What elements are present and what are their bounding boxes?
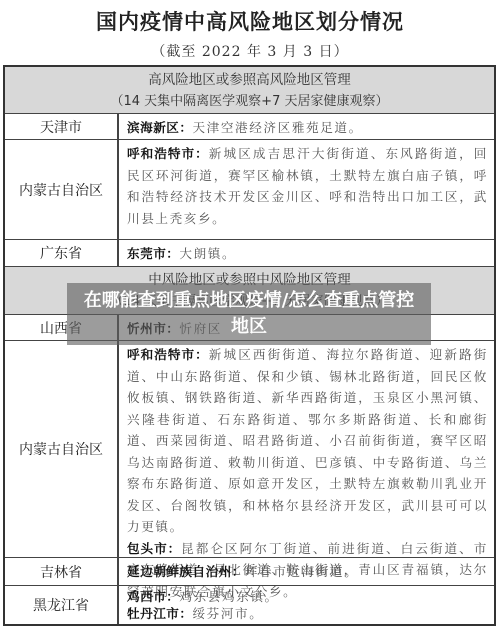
area-entry: 延边朝鲜族自治州：珲春市近海街道。: [127, 561, 488, 583]
province-cell: 黑龙江省: [5, 586, 119, 624]
areas-cell: 延边朝鲜族自治州：珲春市近海街道。: [121, 558, 494, 585]
area-entry: 呼和浩特市：新城区成吉思汗大街街道、东风路街道，回民区环河街道，赛罕区榆林镇，土…: [127, 143, 488, 229]
areas-cell: 滨海新区：天津空港经济区雅苑足道。: [121, 114, 494, 139]
area-entry: 呼和浩特市：新城区西街街道、海拉尔路街道、迎新路街道、中山东路街道、保和少镇、锡…: [127, 344, 488, 538]
table-row: 黑龙江省 鸡西市：鸡东县鸡东镇。 牡丹江市：绥芬河市。: [5, 586, 494, 624]
province-cell: 天津市: [5, 114, 119, 139]
area-list: 大朗镇。: [179, 246, 236, 261]
areas-cell: 呼和浩特市：新城区成吉思汗大街街道、东风路街道，回民区环河街道，赛罕区榆林镇，土…: [121, 140, 494, 239]
caption-overlay: 在哪能查到重点地区疫情/怎么查重点管控地区: [67, 283, 431, 345]
area-list: 绥芬河市。: [192, 606, 263, 621]
table-row: 内蒙古自治区 呼和浩特市：新城区成吉思汗大街街道、东风路街道，回民区环河街道，赛…: [5, 140, 494, 240]
table-row: 吉林省 延边朝鲜族自治州：珲春市近海街道。: [5, 558, 494, 586]
city-name: 呼和浩特市：: [127, 347, 209, 362]
area-entry: 滨海新区：天津空港经济区雅苑足道。: [127, 117, 488, 139]
city-name: 呼和浩特市：: [127, 146, 209, 161]
areas-cell: 鸡西市：鸡东县鸡东镇。 牡丹江市：绥芬河市。: [121, 586, 494, 624]
province-cell: 吉林省: [5, 558, 119, 585]
risk-area-table: 高风险地区或参照高风险地区管理 （14 天集中隔离医学观察+7 天居家健康观察）…: [3, 65, 496, 626]
area-entry: 东莞市：大朗镇。: [127, 243, 488, 265]
city-name: 滨海新区：: [127, 120, 192, 135]
area-list: 新城区西街街道、海拉尔路街道、迎新路街道、中山东路街道、保和少镇、锡林北路街道，…: [127, 347, 488, 534]
area-entry: 牡丹江市：绥芬河市。: [127, 605, 488, 622]
area-list: 珲春市近海街道。: [245, 564, 359, 579]
area-entry: 鸡西市：鸡东县鸡东镇。: [127, 588, 488, 605]
document-title: 国内疫情中高风险地区划分情况: [0, 6, 500, 36]
table-row: 天津市 滨海新区：天津空港经济区雅苑足道。: [5, 114, 494, 140]
table-row: 广东省 东莞市：大朗镇。: [5, 240, 494, 267]
document-subtitle: （截至 2022 年 3 月 3 日）: [0, 41, 500, 61]
areas-cell: 东莞市：大朗镇。: [121, 240, 494, 266]
city-name: 牡丹江市：: [127, 606, 192, 621]
high-risk-header-note: （14 天集中隔离医学观察+7 天居家健康观察）: [5, 91, 494, 112]
province-cell: 内蒙古自治区: [5, 140, 119, 239]
caption-overlay-text: 在哪能查到重点地区疫情/怎么查重点管控地区: [75, 288, 423, 340]
table-row: 内蒙古自治区 呼和浩特市：新城区西街街道、海拉尔路街道、迎新路街道、中山东路街道…: [5, 341, 494, 558]
city-name: 鸡西市：: [127, 589, 179, 604]
high-risk-header-title: 高风险地区或参照高风险地区管理: [5, 67, 494, 91]
city-name: 包头市：: [127, 541, 181, 556]
area-list: 天津空港经济区雅苑足道。: [192, 120, 362, 135]
province-cell: 广东省: [5, 240, 119, 266]
province-cell: 内蒙古自治区: [5, 341, 119, 557]
area-list: 鸡东县鸡东镇。: [179, 589, 278, 604]
high-risk-section-header: 高风险地区或参照高风险地区管理 （14 天集中隔离医学观察+7 天居家健康观察）: [5, 67, 494, 114]
city-name: 延边朝鲜族自治州：: [127, 564, 245, 579]
areas-cell: 呼和浩特市：新城区西街街道、海拉尔路街道、迎新路街道、中山东路街道、保和少镇、锡…: [121, 341, 494, 557]
city-name: 东莞市：: [127, 246, 179, 261]
